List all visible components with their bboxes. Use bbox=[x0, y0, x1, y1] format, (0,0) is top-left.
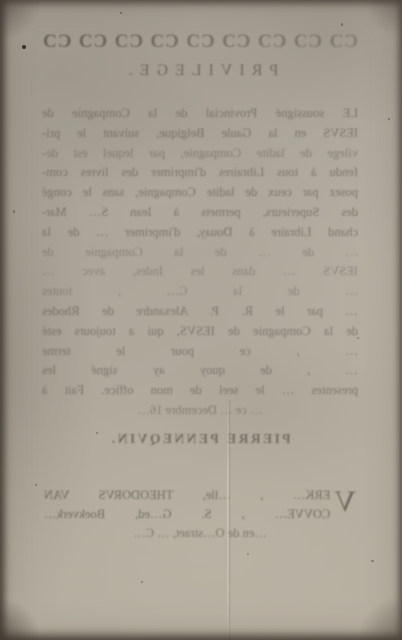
showthrough-body-line: chand Libraire à Douay, d'imprimer … de … bbox=[42, 223, 358, 243]
showthrough-body-line: … de … de la Compagnie de bbox=[42, 243, 358, 263]
signature-line: PIERRE PENNEQVIN. bbox=[42, 431, 358, 447]
showthrough-body: LE soussigné Provincial de la Compagnie … bbox=[42, 104, 358, 421]
showthrough-body-line: IESVS … dans les Indes, avec … bbox=[42, 262, 358, 282]
imprint-line: …en de O…straet, … C… bbox=[44, 524, 356, 543]
showthrough-body-line: … de la C… , toutes bbox=[42, 282, 358, 302]
book-page-photo: CƆ CƆ CƆ CƆ CƆ CƆ CƆ CƆ CƆ PRIVILEGE. LE… bbox=[0, 0, 402, 640]
showthrough-body-line: de la Compagnie de IESVS, qui a toujours… bbox=[42, 322, 358, 342]
imprint-drop-cap: V bbox=[330, 486, 356, 518]
showthrough-body-line: presentes … le seel de mon office. Fait … bbox=[42, 381, 358, 401]
imprint-line: COVVE… , S. G…ed, Boekverk… bbox=[44, 505, 356, 524]
showthrough-body-line: IESVS en la Gaule Belgique, suivant le p… bbox=[42, 124, 358, 144]
showthrough-body-line: LE soussigné Provincial de la Compagnie … bbox=[42, 104, 358, 124]
imprint-block: V ERK… , …lle, THEODORVS VANCOVVE… , S. … bbox=[44, 486, 356, 543]
showthrough-body-line: des Superieurs, permets à Iean S… Mar- bbox=[42, 203, 358, 223]
showthrough-body-line: … , ce pour le terme bbox=[42, 342, 358, 362]
showthrough-text-layer: CƆ CƆ CƆ CƆ CƆ CƆ CƆ CƆ CƆ PRIVILEGE. LE… bbox=[0, 0, 402, 640]
headpiece-ornament-row: CƆ CƆ CƆ CƆ CƆ CƆ CƆ CƆ CƆ bbox=[42, 31, 358, 53]
privilege-heading: PRIVILEGE. bbox=[42, 62, 358, 80]
imprint-line: ERK… , …lle, THEODORVS VAN bbox=[44, 486, 356, 505]
showthrough-body-line: fendu à tous Libraires d'imprimer des li… bbox=[42, 163, 358, 183]
showthrough-body-line: … ce … Decembre 16… bbox=[42, 401, 358, 421]
showthrough-body-line: … , de quoy ay signé les bbox=[42, 361, 358, 381]
showthrough-body-line: posez par ceux de ladite Compagnie, sans… bbox=[42, 183, 358, 203]
showthrough-body-line: vilege de ladite Compagnie, par lequel e… bbox=[42, 144, 358, 164]
showthrough-body-line: … par le R. P. Alexandre de Rhodes bbox=[42, 302, 358, 322]
